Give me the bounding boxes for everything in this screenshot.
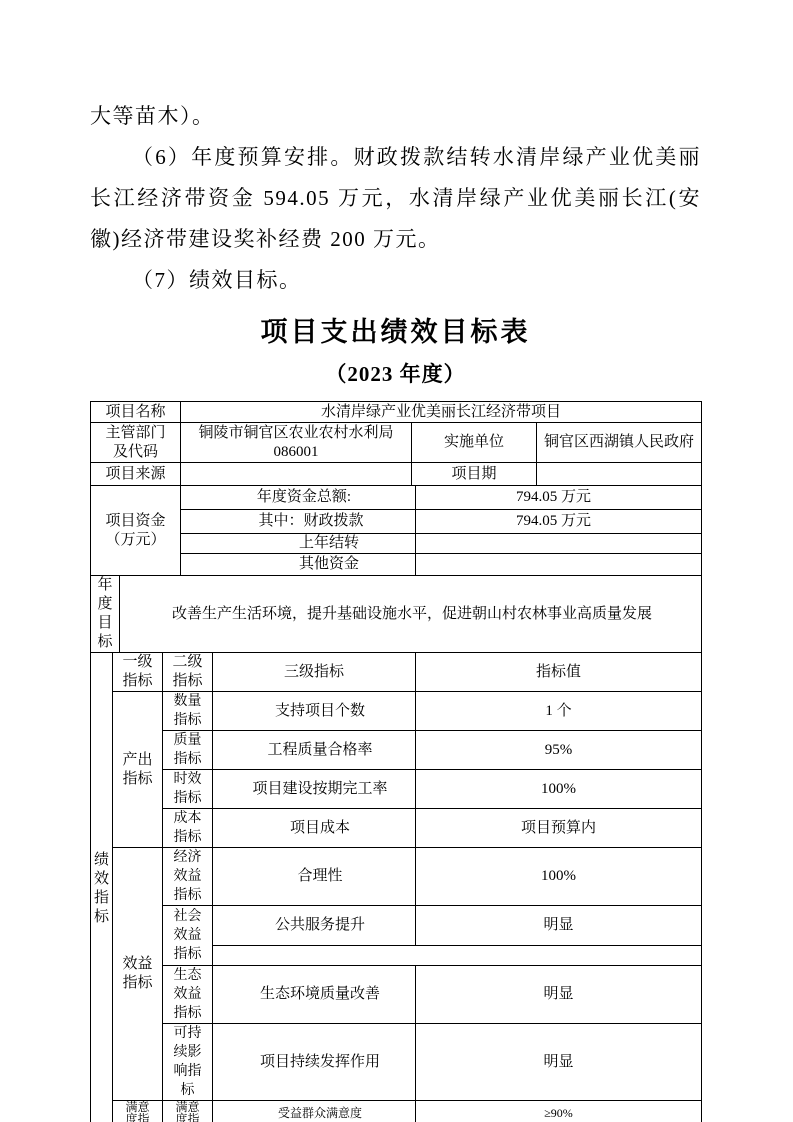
project-period-label: 项目期: [412, 463, 537, 486]
indicator-value: 项目预算内: [416, 809, 702, 848]
funds-label: 项目资金 （万元）: [91, 486, 181, 576]
funds-carryover-label: 上年结转: [181, 534, 416, 554]
table-row: 时效 指标 项目建设按期完工率 100%: [91, 770, 702, 809]
indicator-name: 项目持续发挥作用: [213, 1024, 416, 1101]
satisfaction-level2-label: 满意 度指: [163, 1101, 213, 1122]
table-row: 可持 续影 响指 标 项目持续发挥作用 明显: [91, 1024, 702, 1101]
funds-fiscal-label: 其中：财政拨款: [181, 510, 416, 534]
table-row: 项目来源 项目期: [91, 463, 702, 486]
paragraph-continuation: 大等苗木）。: [90, 96, 701, 137]
table-row: 质量 指标 工程质量合格率 95%: [91, 731, 702, 770]
quantity-indicator-label: 数量 指标: [163, 692, 213, 731]
indicator-value: 100%: [416, 848, 702, 906]
header-level1: 一级 指标: [113, 653, 163, 692]
project-source-value: [181, 463, 412, 486]
implementing-unit-value: 铜官区西湖镇人民政府: [537, 423, 702, 463]
annual-goal-text: 改善生产生活环境，提升基础设施水平，促进朝山村农林事业高质量发展: [120, 576, 702, 653]
indicator-value: 明显: [416, 1024, 702, 1101]
performance-target-table: 项目名称 水清岸绿产业优美丽长江经济带项目 主管部门 及代码 铜陵市铜官区农业农…: [90, 401, 701, 1122]
table-row: 产出 指标 数量 指标 支持项目个数 1 个: [91, 692, 702, 731]
sustainability-indicator-label: 可持 续影 响指 标: [163, 1024, 213, 1101]
indicator-value: 100%: [416, 770, 702, 809]
table-row: 社会 效益 指标 公共服务提升 明显: [91, 906, 702, 946]
performance-indicators-table: 绩 效 指 标 一级 指标 二级 指标 三级指标 指标值 产出 指标 数量 指标…: [90, 652, 702, 1122]
indicators-header-row: 绩 效 指 标 一级 指标 二级 指标 三级指标 指标值: [91, 653, 702, 692]
project-funds-table: 项目资金 （万元） 年度资金总额: 794.05 万元 其中：财政拨款 794.…: [90, 485, 702, 576]
indicator-value: 95%: [416, 731, 702, 770]
quality-indicator-label: 质量 指标: [163, 731, 213, 770]
table-subtitle: （2023 年度）: [90, 358, 701, 388]
header-level3: 三级指标: [213, 653, 416, 692]
economic-benefit-label: 经济 效益 指标: [163, 848, 213, 906]
table-row: 上年结转: [91, 534, 702, 554]
indicator-name: 项目成本: [213, 809, 416, 848]
performance-indicators-side-label: 绩 效 指 标: [91, 653, 113, 1122]
benefit-indicator-label: 效益 指标: [113, 848, 163, 1101]
satisfaction-level1-label: 满意 度指: [113, 1101, 163, 1122]
output-indicator-label: 产出 指标: [113, 692, 163, 848]
document-page: 大等苗木）。 （6）年度预算安排。财政拨款结转水清岸绿产业优美丽长江经济带资金 …: [0, 0, 793, 1122]
indicator-name: 公共服务提升: [213, 906, 416, 946]
header-value: 指标值: [416, 653, 702, 692]
project-name-value: 水清岸绿产业优美丽长江经济带项目: [181, 402, 702, 423]
implementing-unit-label: 实施单位: [412, 423, 537, 463]
annual-goal-label: 年 度 目 标: [91, 576, 120, 653]
project-name-label: 项目名称: [91, 402, 181, 423]
table-row: 成本 指标 项目成本 项目预算内: [91, 809, 702, 848]
project-info-table: 项目名称 水清岸绿产业优美丽长江经济带项目 主管部门 及代码 铜陵市铜官区农业农…: [90, 401, 702, 486]
funds-other-label: 其他资金: [181, 554, 416, 576]
annual-goal-table: 年 度 目 标 改善生产生活环境，提升基础设施水平，促进朝山村农林事业高质量发展: [90, 575, 702, 653]
indicator-name: 受益群众满意度: [213, 1101, 416, 1122]
indicator-value: 1 个: [416, 692, 702, 731]
table-row: 效益 指标 经济 效益 指标 合理性 100%: [91, 848, 702, 906]
table-row: 年 度 目 标 改善生产生活环境，提升基础设施水平，促进朝山村农林事业高质量发展: [91, 576, 702, 653]
dept-label: 主管部门 及代码: [91, 423, 181, 463]
timeliness-indicator-label: 时效 指标: [163, 770, 213, 809]
header-level2: 二级 指标: [163, 653, 213, 692]
indicator-name: 工程质量合格率: [213, 731, 416, 770]
indicator-name: 生态环境质量改善: [213, 966, 416, 1024]
paragraph-performance-goal: （7）绩效目标。: [90, 260, 701, 301]
funds-other-value: [416, 554, 702, 576]
funds-fiscal-value: 794.05 万元: [416, 510, 702, 534]
table-row: 项目资金 （万元） 年度资金总额: 794.05 万元: [91, 486, 702, 510]
table-row: 其他资金: [91, 554, 702, 576]
paragraph-budget: （6）年度预算安排。财政拨款结转水清岸绿产业优美丽长江经济带资金 594.05 …: [90, 137, 701, 260]
indicator-name: 合理性: [213, 848, 416, 906]
funds-total-value: 794.05 万元: [416, 486, 702, 510]
indicator-name: 项目建设按期完工率: [213, 770, 416, 809]
indicator-name: 支持项目个数: [213, 692, 416, 731]
table-title: 项目支出绩效目标表: [90, 310, 701, 349]
indicator-value: 明显: [416, 906, 702, 946]
project-source-label: 项目来源: [91, 463, 181, 486]
social-benefit-label: 社会 效益 指标: [163, 906, 213, 966]
table-row: 满意 度指 满意 度指 受益群众满意度 ≥90%: [91, 1101, 702, 1122]
funds-carryover-value: [416, 534, 702, 554]
indicator-value: 明显: [416, 966, 702, 1024]
table-row: 其中：财政拨款 794.05 万元: [91, 510, 702, 534]
indicator-value: ≥90%: [416, 1101, 702, 1122]
ecological-benefit-label: 生态 效益 指标: [163, 966, 213, 1024]
table-row: 生态 效益 指标 生态环境质量改善 明显: [91, 966, 702, 1024]
table-row: 主管部门 及代码 铜陵市铜官区农业农村水利局 086001 实施单位 铜官区西湖…: [91, 423, 702, 463]
funds-total-label: 年度资金总额:: [181, 486, 416, 510]
project-period-value: [537, 463, 702, 486]
dept-value: 铜陵市铜官区农业农村水利局 086001: [181, 423, 412, 463]
empty-cell: [213, 946, 702, 966]
cost-indicator-label: 成本 指标: [163, 809, 213, 848]
table-row: 项目名称 水清岸绿产业优美丽长江经济带项目: [91, 402, 702, 423]
